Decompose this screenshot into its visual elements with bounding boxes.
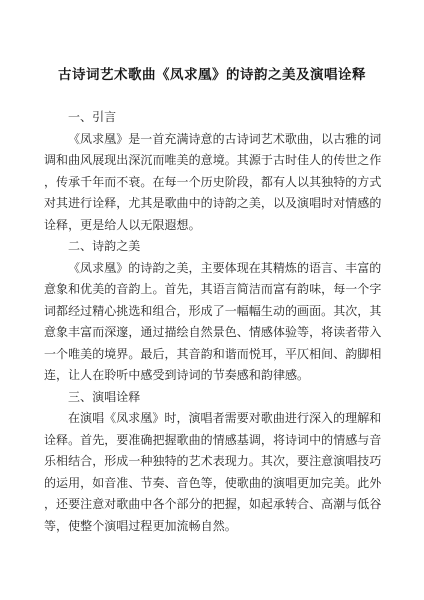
text-line: 等，使整个演唱过程更加流畅自然。 (44, 516, 388, 538)
text-line: 一个唯美的境界。最后，其音韵和谐而悦耳，平仄相间、韵脚相 (44, 344, 388, 366)
text-line: 乐相结合，形成一种独特的艺术表现力。其次，要注意演唱技巧 (44, 451, 388, 473)
text-line: 意象和优美的音韵上。首先，其语言简洁而富有韵味，每一个字 (44, 279, 388, 301)
text-line: 的运用，如音准、节奏、音色等，使歌曲的演唱更加完美。此外 (44, 473, 388, 495)
text-line: 调和曲风展现出深沉而唯美的意境。其源于古时佳人的传世之作 (44, 150, 388, 172)
text-line: 连，让人在聆听中感受到诗词的节奏感和韵律感。 (44, 365, 388, 387)
section-heading-introduction: 一、引言 (44, 107, 388, 129)
text-line: ，传承千年而不衰。在每一个历史阶段，都有人以其独特的方式 (44, 172, 388, 194)
text-line: ，还要注意对歌曲中各个部分的把握，如起承转合、高潮与低谷 (44, 494, 388, 516)
text-line: 诠释。首先，要准确把握歌曲的情感基调，将诗词中的情感与音 (44, 430, 388, 452)
text-line: 意象丰富而深邃，通过描绘自然景色、情感体验等，将读者带入 (44, 322, 388, 344)
text-line: 对其进行诠释，尤其是歌曲中的诗韵之美，以及演唱时对情感的 (44, 193, 388, 215)
section-heading-poetic-beauty: 二、诗韵之美 (44, 236, 388, 258)
section-heading-singing-interpretation: 三、演唱诠释 (44, 387, 388, 409)
text-line: 词都经过精心挑选和组合，形成了一幅幅生动的画面。其次，其 (44, 301, 388, 323)
text-line: 《凤求凰》的诗韵之美，主要体现在其精炼的语言、丰富的 (44, 258, 388, 280)
text-line: 诠释，更是给人以无限遐想。 (44, 215, 388, 237)
text-line: 《凤求凰》是一首充满诗意的古诗词艺术歌曲，以古雅的词 (44, 129, 388, 151)
text-line: 在演唱《凤求凰》时，演唱者需要对歌曲进行深入的理解和 (44, 408, 388, 430)
document-body: 一、引言 《凤求凰》是一首充满诗意的古诗词艺术歌曲，以古雅的词 调和曲风展现出深… (44, 107, 388, 537)
document-page: 古诗词艺术歌曲《凤求凰》的诗韵之美及演唱诠释 一、引言 《凤求凰》是一首充满诗意… (0, 0, 424, 600)
document-title: 古诗词艺术歌曲《凤求凰》的诗韵之美及演唱诠释 (0, 0, 424, 86)
